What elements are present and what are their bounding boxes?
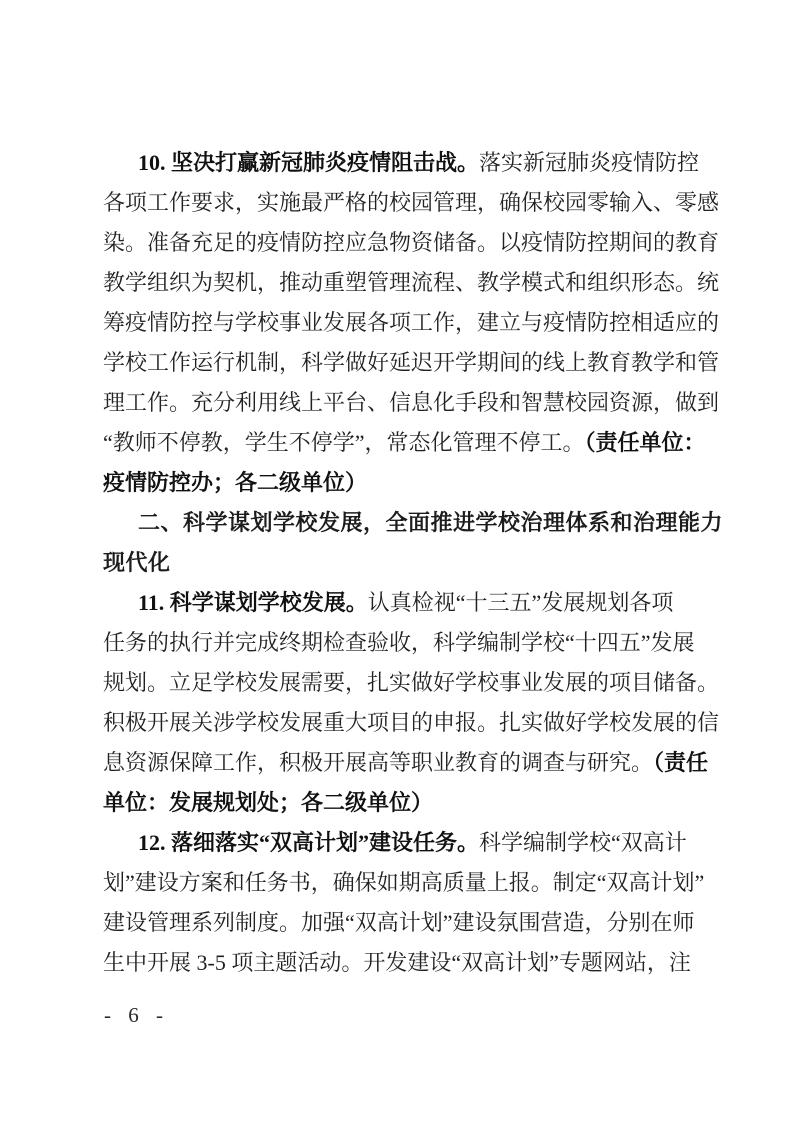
bold-text-segment: 11. 科学谋划学校发展。 <box>138 590 368 615</box>
text-segment: 各项工作要求，实施最严格的校园管理，确保校园零输入、零感 <box>103 190 719 215</box>
bold-text-segment: 疫情防控办；各二级单位） <box>103 470 367 495</box>
bold-text-segment: （责任 <box>653 750 708 775</box>
text-line: 划”建设方案和任务书，确保如期高质量上报。制定“双高计划” <box>103 863 719 903</box>
text-line: 筹疫情防控与学校事业发展各项工作，建立与疫情防控相适应的 <box>103 303 719 343</box>
text-segment: 科学编制学校“双高计 <box>479 830 687 855</box>
text-line: 生中开展 3-5 项主题活动。开发建设“双高计划”专题网站，注 <box>103 943 719 983</box>
heading-text-segment: 二、科学谋划学校发展，全面推进学校治理体系和治理能力 <box>138 510 723 535</box>
text-line: 单位：发展规划处；各二级单位） <box>103 783 719 823</box>
text-line: 理工作。充分利用线上平台、信息化手段和智慧校园资源，做到 <box>103 383 719 423</box>
text-line: 息资源保障工作，积极开展高等职业教育的调查与研究。（责任 <box>103 743 719 783</box>
bold-text-segment: 单位：发展规划处；各二级单位） <box>103 790 433 815</box>
text-line: 教学组织为契机，推动重塑管理流程、教学模式和组织形态。统 <box>103 263 719 303</box>
text-segment: 规划。立足学校发展需要，扎实做好学校事业发展的项目储备。 <box>103 670 719 695</box>
paragraph: 10. 坚决打赢新冠肺炎疫情阻击战。落实新冠肺炎疫情防控各项工作要求，实施最严格… <box>103 143 719 503</box>
text-segment: 生中开展 3-5 项主题活动。开发建设“双高计划”专题网站，注 <box>103 950 691 975</box>
bold-text-segment: 10. 坚决打赢新冠肺炎疫情阻击战。 <box>138 150 479 175</box>
text-line: 各项工作要求，实施最严格的校园管理，确保校园零输入、零感 <box>103 183 719 223</box>
text-segment: 息资源保障工作，积极开展高等职业教育的调查与研究。 <box>103 750 653 775</box>
text-segment: 落实新冠肺炎疫情防控 <box>479 150 699 175</box>
paragraph: 12. 落细落实“双高计划”建设任务。科学编制学校“双高计划”建设方案和任务书，… <box>103 823 719 983</box>
page-number: - 6 - <box>104 1001 169 1029</box>
bold-text-segment: （责任单位： <box>585 430 706 455</box>
text-line: 任务的执行并完成终期检查验收，科学编制学校“十四五”发展 <box>103 623 719 663</box>
text-segment: 划”建设方案和任务书，确保如期高质量上报。制定“双高计划” <box>103 870 704 895</box>
section-heading: 二、科学谋划学校发展，全面推进学校治理体系和治理能力现代化 <box>103 503 719 583</box>
document-content: 10. 坚决打赢新冠肺炎疫情阻击战。落实新冠肺炎疫情防控各项工作要求，实施最严格… <box>103 143 719 983</box>
text-line: 12. 落细落实“双高计划”建设任务。科学编制学校“双高计 <box>103 823 719 863</box>
text-line: 规划。立足学校发展需要，扎实做好学校事业发展的项目储备。 <box>103 663 719 703</box>
text-segment: 染。准备充足的疫情防控应急物资储备。以疫情防控期间的教育 <box>103 230 719 255</box>
text-segment: 任务的执行并完成终期检查验收，科学编制学校“十四五”发展 <box>103 630 695 655</box>
text-line: 10. 坚决打赢新冠肺炎疫情阻击战。落实新冠肺炎疫情防控 <box>103 143 719 183</box>
text-line: 二、科学谋划学校发展，全面推进学校治理体系和治理能力 <box>103 503 719 543</box>
text-line: 积极开展关涉学校发展重大项目的申报。扎实做好学校发展的信 <box>103 703 719 743</box>
text-segment: 建设管理系列制度。加强“双高计划”建设氛围营造，分别在师 <box>103 910 695 935</box>
text-segment: 教学组织为契机，推动重塑管理流程、教学模式和组织形态。统 <box>103 270 719 295</box>
paragraph: 11. 科学谋划学校发展。认真检视“十三五”发展规划各项任务的执行并完成终期检查… <box>103 583 719 823</box>
text-segment: “教师不停教，学生不停学”，常态化管理不停工。 <box>103 430 585 455</box>
text-line: 疫情防控办；各二级单位） <box>103 463 719 503</box>
text-line: “教师不停教，学生不停学”，常态化管理不停工。（责任单位： <box>103 423 719 463</box>
text-line: 染。准备充足的疫情防控应急物资储备。以疫情防控期间的教育 <box>103 223 719 263</box>
document-page: 10. 坚决打赢新冠肺炎疫情阻击战。落实新冠肺炎疫情防控各项工作要求，实施最严格… <box>0 0 793 1122</box>
text-segment: 学校工作运行机制，科学做好延迟开学期间的线上教育教学和管 <box>103 350 719 375</box>
text-line: 学校工作运行机制，科学做好延迟开学期间的线上教育教学和管 <box>103 343 719 383</box>
text-line: 11. 科学谋划学校发展。认真检视“十三五”发展规划各项 <box>103 583 719 623</box>
text-line: 现代化 <box>103 543 719 583</box>
heading-text-segment: 现代化 <box>103 550 171 575</box>
bold-text-segment: 12. 落细落实“双高计划”建设任务。 <box>138 830 479 855</box>
text-segment: 积极开展关涉学校发展重大项目的申报。扎实做好学校发展的信 <box>103 710 719 735</box>
text-segment: 理工作。充分利用线上平台、信息化手段和智慧校园资源，做到 <box>103 390 719 415</box>
text-segment: 认真检视“十三五”发展规划各项 <box>368 590 674 615</box>
text-line: 建设管理系列制度。加强“双高计划”建设氛围营造，分别在师 <box>103 903 719 943</box>
text-segment: 筹疫情防控与学校事业发展各项工作，建立与疫情防控相适应的 <box>103 310 719 335</box>
